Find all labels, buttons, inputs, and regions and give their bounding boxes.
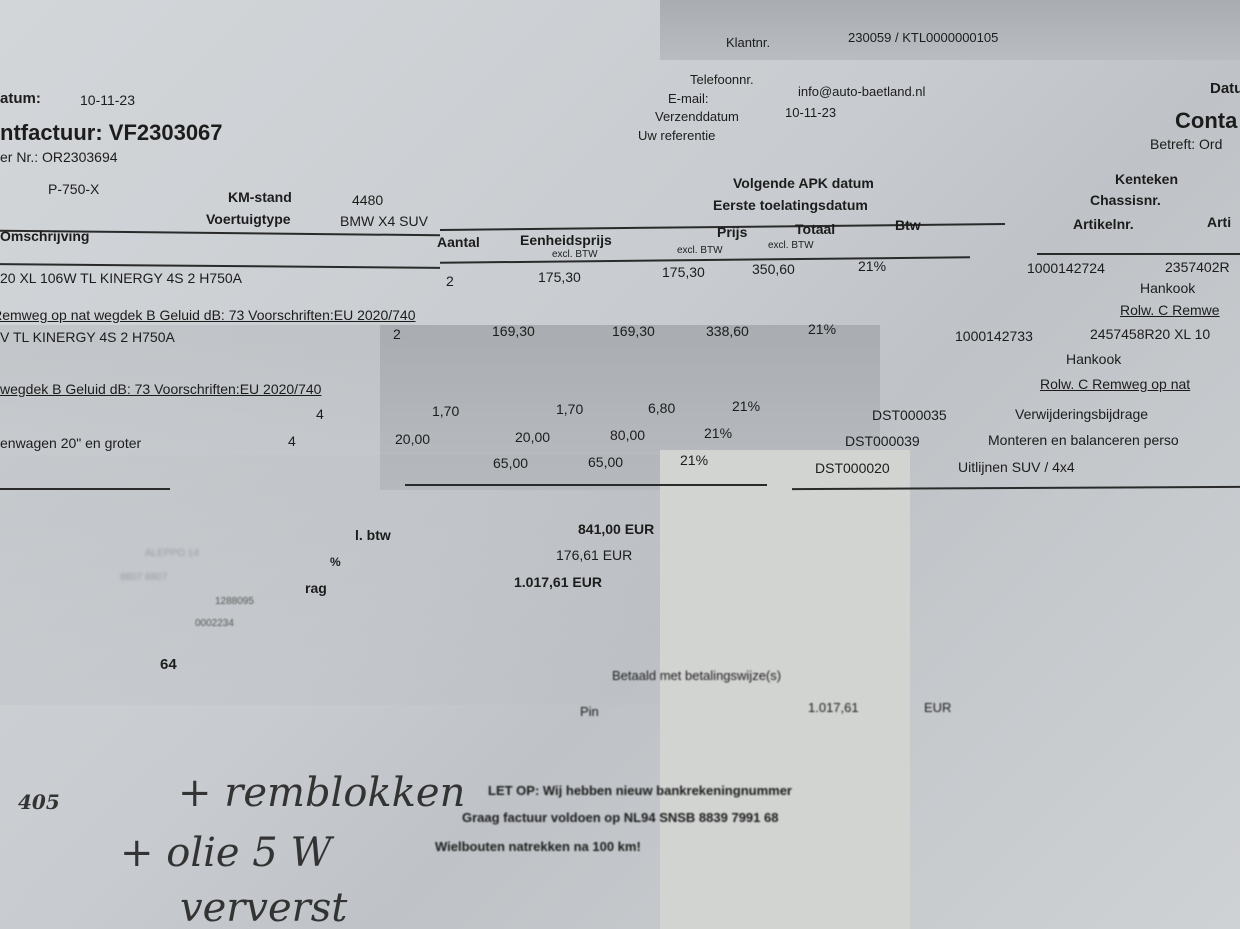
order-number: er Nr.: OR2303694 xyxy=(0,149,118,165)
col-excl-btw: excl. BTW xyxy=(768,240,814,251)
invoice-title: ntfactuur: VF2303067 xyxy=(0,120,223,146)
row-totaal: 350,60 xyxy=(752,261,795,277)
row-prijs: 1,70 xyxy=(556,401,583,417)
subtotal-value: 841,00 EUR xyxy=(578,521,654,537)
handwritten-line-2: + olie 5 W xyxy=(120,830,332,876)
row-eenheidsprijs: 1,70 xyxy=(432,403,459,419)
row-btw: 21% xyxy=(680,452,708,468)
payment-amount: 1.017,61 xyxy=(808,700,859,715)
notice-line-1: LET OP: Wij hebben nieuw bankrekeningnum… xyxy=(488,783,792,798)
faint-text: 1288095 xyxy=(215,596,254,607)
col-aantal: Aantal xyxy=(437,234,480,250)
row-omschrijving: Monteren en balanceren perso xyxy=(988,432,1179,448)
paper-fragment xyxy=(660,450,910,929)
row-artikelnr: 1000142724 xyxy=(1027,260,1105,276)
notice-line-2: Graag factuur voldoen op NL94 SNSB 8839 … xyxy=(462,810,778,825)
row-aantal: 2 xyxy=(393,326,401,342)
kenteken-value: P-750-X xyxy=(48,181,99,197)
faint-text: 8807 8807 xyxy=(120,572,167,583)
row-btw: 21% xyxy=(858,258,886,274)
code-label: 64 xyxy=(160,656,177,673)
kmstand-label: KM-stand xyxy=(228,189,292,205)
divider xyxy=(0,488,170,490)
verzenddatum-label: Verzenddatum xyxy=(655,109,739,124)
row-omschrijving: V TL KINERGY 4S 2 H750A xyxy=(0,329,175,345)
row-totaal: 338,60 xyxy=(706,323,749,339)
row-artikel-code: 2357402R xyxy=(1165,259,1230,275)
row-artikelnr: DST000020 xyxy=(815,460,890,476)
row-artikelnr: 1000142733 xyxy=(955,328,1033,344)
row-brand: Hankook xyxy=(1066,351,1121,367)
payment-currency: EUR xyxy=(924,700,951,715)
row-omschrijving-left: enwagen 20" en groter xyxy=(0,435,141,451)
kenteken-label: Kenteken xyxy=(1115,171,1178,187)
row-totaal: 80,00 xyxy=(610,427,645,443)
total-value: 1.017,61 EUR xyxy=(514,574,602,590)
row-artikel-code: 2457458R20 XL 10 xyxy=(1090,326,1210,342)
betreft-right: Betreft: Ord xyxy=(1150,136,1222,152)
datum-value: 10-11-23 xyxy=(80,92,135,108)
row-btw: 21% xyxy=(704,425,732,441)
row-aantal: 2 xyxy=(446,273,454,289)
email-value: info@auto-baetland.nl xyxy=(798,84,925,99)
voertuigtype-label: Voertuigtype xyxy=(206,211,291,227)
payment-method: Pin xyxy=(580,704,599,719)
col-excl-btw: excl. BTW xyxy=(677,245,723,256)
row-note-right: Rolw. C Remweg op nat xyxy=(1040,376,1190,392)
divider xyxy=(405,484,767,486)
apk-label: Volgende APK datum xyxy=(733,175,874,191)
row-eenheidsprijs: 65,00 xyxy=(493,455,528,471)
col-prijs: Prijs xyxy=(717,224,747,240)
col-totaal: Totaal xyxy=(795,221,835,237)
row-eenheidsprijs: 169,30 xyxy=(492,323,535,339)
handwritten-number: 405 xyxy=(18,790,60,814)
row-brand: Hankook xyxy=(1140,280,1195,296)
row-prijs: 65,00 xyxy=(588,454,623,470)
invoice-title-right: Conta xyxy=(1175,108,1237,134)
row-omschrijving: Verwijderingsbijdrage xyxy=(1015,406,1148,422)
col-omschrijving: Omschrijving xyxy=(0,228,89,244)
row-prijs: 20,00 xyxy=(515,429,550,445)
row-omschrijving: 20 XL 106W TL KINERGY 4S 2 H750A xyxy=(0,270,242,286)
row-omschrijving: Uitlijnen SUV / 4x4 xyxy=(958,459,1075,475)
toelating-label: Eerste toelatingsdatum xyxy=(713,197,868,213)
row-eenheidsprijs: 175,30 xyxy=(538,269,581,285)
telefoon-label: Telefoonnr. xyxy=(690,72,754,87)
col-btw: Btw xyxy=(895,217,921,233)
row-note-right: Rolw. C Remwe xyxy=(1120,302,1220,318)
row-prijs: 169,30 xyxy=(612,323,655,339)
row-btw: 21% xyxy=(808,321,836,337)
btw-label: % xyxy=(330,555,341,569)
row-aantal: 4 xyxy=(288,433,296,449)
notice-line-3: Wielbouten natrekken na 100 km! xyxy=(435,839,641,854)
total-label: rag xyxy=(305,580,327,596)
email-label: E-mail: xyxy=(668,91,708,106)
row-prijs: 175,30 xyxy=(662,264,705,280)
row-totaal: 6,80 xyxy=(648,400,675,416)
subtotal-label: l. btw xyxy=(355,527,391,543)
referentie-label: Uw referentie xyxy=(638,128,715,143)
klantnr-value: 230059 / KTL0000000105 xyxy=(848,30,998,45)
faint-text: 0002234 xyxy=(195,618,234,629)
handwritten-line-1: + remblokken xyxy=(178,770,465,816)
row-aantal: 4 xyxy=(316,406,324,422)
btw-value: 176,61 EUR xyxy=(556,547,632,563)
handwritten-line-3: ververst xyxy=(180,885,347,929)
col-eenheidsprijs: Eenheidsprijs xyxy=(520,232,612,248)
verzenddatum-value: 10-11-23 xyxy=(785,105,836,120)
divider xyxy=(1037,253,1240,255)
datum-label-right: Datu xyxy=(1210,80,1240,97)
payment-label: Betaald met betalingswijze(s) xyxy=(612,668,781,683)
row-eenheidsprijs: 20,00 xyxy=(395,431,430,447)
row-artikelnr: DST000039 xyxy=(845,433,920,449)
voertuigtype-value: BMW X4 SUV xyxy=(340,213,428,229)
chassis-label: Chassisnr. xyxy=(1090,192,1161,208)
kmstand-value: 4480 xyxy=(352,192,383,208)
row-artikelnr: DST000035 xyxy=(872,407,947,423)
col-artikel-right: Arti xyxy=(1207,214,1231,230)
datum-label: atum: xyxy=(0,90,41,107)
col-artikelnr: Artikelnr. xyxy=(1073,216,1134,232)
row-note: Rolw. C Remweg op nat wegdek B Geluid dB… xyxy=(0,307,416,323)
row-note: wegdek B Geluid dB: 73 Voorschriften:EU … xyxy=(0,381,321,397)
faint-text: ALEPPO 14 xyxy=(145,548,199,559)
row-btw: 21% xyxy=(732,398,760,414)
col-excl-btw: excl. BTW xyxy=(552,249,598,260)
klantnr-label: Klantnr. xyxy=(726,35,770,50)
